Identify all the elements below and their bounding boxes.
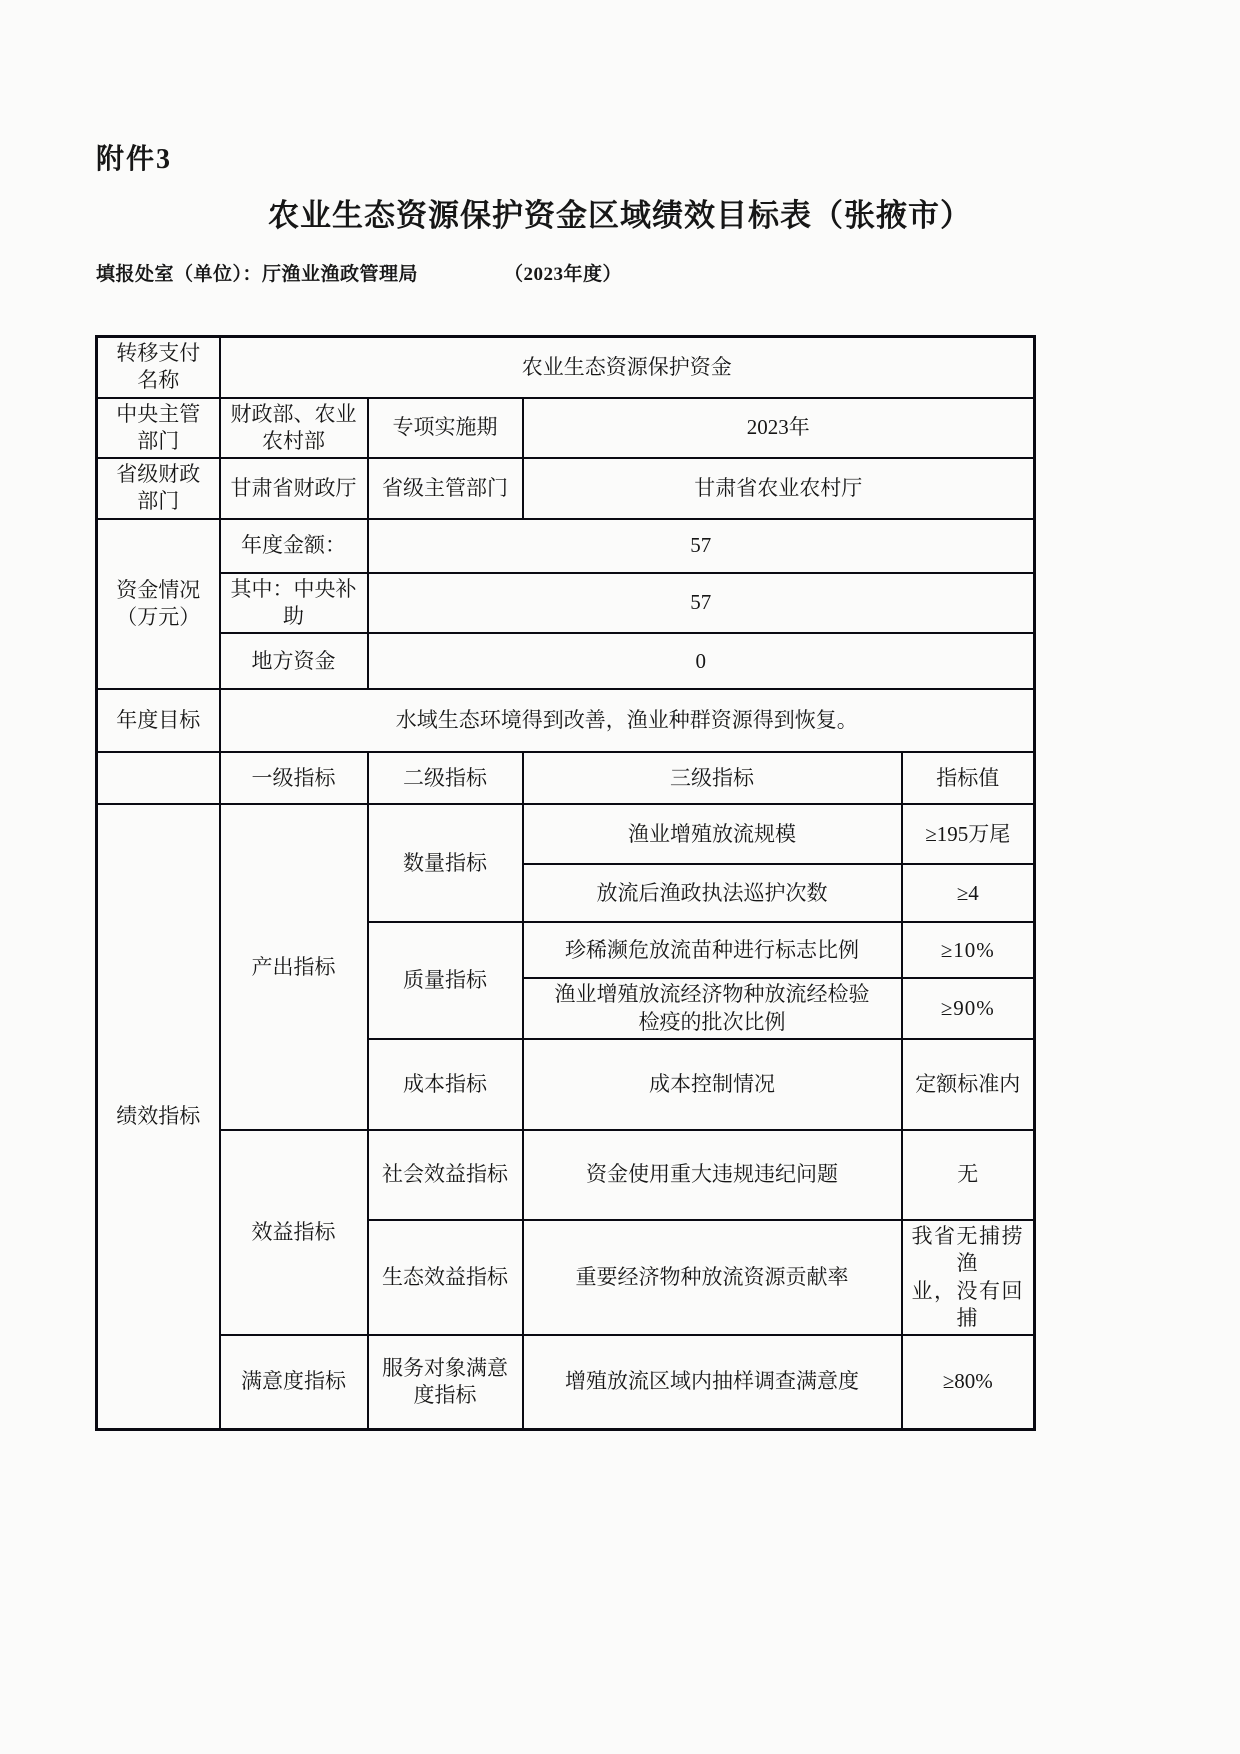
indicator-row: 绩效指标 产出指标 数量指标 渔业增殖放流规模 ≥195万尾 — [97, 804, 1035, 864]
indicator-row: 满意度指标 服务对象满意 度指标 增殖放流区域内抽样调查满意度 ≥80% — [97, 1335, 1035, 1429]
table-row: 中央主管 部门 财政部、农业 农村部 专项实施期 2023年 — [97, 398, 1035, 459]
table-row: 年度目标 水域生态环境得到改善，渔业种群资源得到恢复。 — [97, 689, 1035, 752]
local-fund-value: 0 — [368, 633, 1035, 689]
eco-benefit-label: 生态效益指标 — [368, 1220, 523, 1335]
document-title: 农业生态资源保护资金区域绩效目标表（张掖市） — [0, 190, 1240, 235]
social-benefit-label: 社会效益指标 — [368, 1130, 523, 1220]
output-indicator-label: 产出指标 — [220, 804, 368, 1130]
transfer-payment-name-value: 农业生态资源保护资金 — [220, 337, 1035, 398]
indicator-value: 定额标准内 — [902, 1039, 1035, 1130]
indicator-value: ≥4 — [902, 864, 1035, 922]
report-year-label: （2023年度） — [504, 264, 622, 285]
indicator-value: ≥10% — [902, 922, 1035, 978]
annual-amount-value: 57 — [368, 519, 1035, 573]
level3-header: 三级指标 — [523, 752, 902, 804]
satisfaction-indicator-label: 满意度指标 — [220, 1335, 368, 1429]
cost-indicator-label: 成本指标 — [368, 1039, 523, 1130]
indicator-value-header: 指标值 — [902, 752, 1035, 804]
filer-line: 填报处室（单位）：厅渔业渔政管理局（2023年度） — [96, 259, 622, 286]
provincial-finance-label: 省级财政 部门 — [97, 458, 220, 519]
annual-goal-value: 水域生态环境得到改善，渔业种群资源得到恢复。 — [220, 689, 1035, 752]
attachment-label: 附件3 — [96, 137, 172, 177]
indicator-name: 重要经济物种放流资源贡献率 — [523, 1220, 902, 1335]
table-row: 资金情况 （万元） 年度金额： 57 — [97, 519, 1035, 573]
transfer-payment-name-label: 转移支付 名称 — [97, 337, 220, 398]
central-dept-label: 中央主管 部门 — [97, 398, 220, 459]
quality-indicator-label: 质量指标 — [368, 922, 523, 1039]
level2-header: 二级指标 — [368, 752, 523, 804]
indicator-name: 渔业增殖放流经济物种放流经检验 检疫的批次比例 — [523, 978, 902, 1039]
implementation-period-label: 专项实施期 — [368, 398, 523, 459]
central-subsidy-value: 57 — [368, 573, 1035, 634]
table-row: 省级财政 部门 甘肃省财政厅 省级主管部门 甘肃省农业农村厅 — [97, 458, 1035, 519]
indicator-value: 我省无捕捞渔 业，没有回捕 — [902, 1220, 1035, 1335]
indicator-name: 珍稀濒危放流苗种进行标志比例 — [523, 922, 902, 978]
provincial-mgr-value: 甘肃省农业农村厅 — [523, 458, 1035, 519]
indicator-value: ≥80% — [902, 1335, 1035, 1429]
funding-section-label: 资金情况 （万元） — [97, 519, 220, 690]
filer-unit-label: 填报处室（单位）：厅渔业渔政管理局 — [96, 264, 418, 285]
table-row: 转移支付 名称 农业生态资源保护资金 — [97, 337, 1035, 398]
indicator-name: 资金使用重大违规违纪问题 — [523, 1130, 902, 1220]
performance-target-table: 转移支付 名称 农业生态资源保护资金 中央主管 部门 财政部、农业 农村部 专项… — [95, 335, 1036, 1431]
indicator-header-row: 一级指标 二级指标 三级指标 指标值 — [97, 752, 1035, 804]
table-row: 地方资金 0 — [97, 633, 1035, 689]
indicator-name: 增殖放流区域内抽样调查满意度 — [523, 1335, 902, 1429]
annual-goal-label: 年度目标 — [97, 689, 220, 752]
annual-amount-label: 年度金额： — [220, 519, 368, 573]
scanned-document-page: { "doc": { "attachment": "附件3", "title":… — [0, 0, 1240, 1754]
indicator-value: 无 — [902, 1130, 1035, 1220]
indicator-value: ≥195万尾 — [902, 804, 1035, 864]
central-dept-value: 财政部、农业 农村部 — [220, 398, 368, 459]
indicator-name: 放流后渔政执法巡护次数 — [523, 864, 902, 922]
benefit-indicator-label: 效益指标 — [220, 1130, 368, 1335]
indicator-value: ≥90% — [902, 978, 1035, 1039]
table-row: 其中：中央补 助 57 — [97, 573, 1035, 634]
performance-indicator-label: 绩效指标 — [97, 804, 220, 1429]
indicator-name: 渔业增殖放流规模 — [523, 804, 902, 864]
provincial-mgr-label: 省级主管部门 — [368, 458, 523, 519]
provincial-finance-value: 甘肃省财政厅 — [220, 458, 368, 519]
central-subsidy-label: 其中：中央补 助 — [220, 573, 368, 634]
local-fund-label: 地方资金 — [220, 633, 368, 689]
level1-header: 一级指标 — [220, 752, 368, 804]
indicator-header-empty — [97, 752, 220, 804]
service-satisfaction-label: 服务对象满意 度指标 — [368, 1335, 523, 1429]
indicator-name: 成本控制情况 — [523, 1039, 902, 1130]
implementation-period-value: 2023年 — [523, 398, 1035, 459]
quantity-indicator-label: 数量指标 — [368, 804, 523, 922]
indicator-row: 效益指标 社会效益指标 资金使用重大违规违纪问题 无 — [97, 1130, 1035, 1220]
